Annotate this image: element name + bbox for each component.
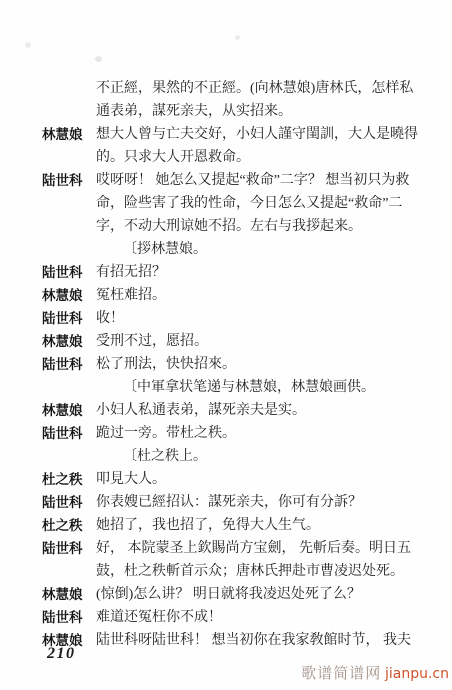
dialogue-text: 小妇人私通表弟，謀死亲夫是实。 xyxy=(96,399,434,422)
speaker-name: 陆世科 xyxy=(42,422,96,445)
dialogue-text: 你表嫂已經招认：謀死亲夫，你可有分訴？ xyxy=(96,491,434,514)
page-number: 210 xyxy=(47,645,76,663)
speaker-name xyxy=(42,238,96,261)
speaker-name: 林慧娘 xyxy=(42,123,96,146)
script-line: 的。只求大人开恩救命。 xyxy=(42,146,434,169)
speaker-name xyxy=(42,376,96,399)
dialogue-text: 〔中軍拿状笔递与林慧娘，林慧娘画供。 xyxy=(96,376,434,399)
dialogue-text: 叩見大人。 xyxy=(96,468,434,491)
speaker-name: 陆世科 xyxy=(42,606,96,629)
speaker-name: 陆世科 xyxy=(42,261,96,284)
dialogue-text: 命，险些害了我的性命，今日怎么又提起“救命”二 xyxy=(96,192,434,215)
dialogue-text: 字，不动大刑谅她不招。左右与我拶起来。 xyxy=(96,215,434,238)
scan-artifact xyxy=(95,56,102,62)
watermark-site-name: 歌谱简谱网 xyxy=(301,666,381,682)
watermark: 歌谱简谱网 jianpu.cn xyxy=(301,662,449,683)
speaker-name xyxy=(42,560,96,583)
script-line: 林慧娘 (惊倒)怎么讲？ 明日就将我凌迟处死了么？ xyxy=(42,583,434,606)
dialogue-text: 想大人曾与亡夫交好，小妇人謹守閨訓，大人是曉得 xyxy=(96,123,434,146)
dialogue-text: 的。只求大人开恩救命。 xyxy=(96,146,434,169)
watermark-site-url: jianpu.cn xyxy=(385,666,449,682)
dialogue-text: 〔杜之秩上。 xyxy=(96,445,434,468)
script-line: 杜之秩 叩見大人。 xyxy=(42,468,434,491)
script-line: 通表弟，謀死亲夫，从实招来。 xyxy=(42,100,434,123)
script-line: 陆世科 收！ xyxy=(42,307,434,330)
speaker-name xyxy=(42,146,96,169)
script-line: 陆世科 哎呀呀！ 她怎么又提起“救命”二字？ 想当初只为救 xyxy=(42,169,434,192)
speaker-name: 陆世科 xyxy=(42,491,96,514)
script-line: 陆世科 难道还冤枉你不成！ xyxy=(42,606,434,629)
scan-artifact xyxy=(235,35,240,40)
script-line: 林慧娘 想大人曾与亡夫交好，小妇人謹守閨訓，大人是曉得 xyxy=(42,123,434,146)
dialogue-text: 鼓，杜之秩斬首示众；唐林氏押赴市曹凌迟处死。 xyxy=(96,560,434,583)
script-line: 林慧娘 陆世科呀陆世科！ 想当初你在我家敎館时节， 我夫 xyxy=(42,629,434,652)
dialogue-text: 不正經，果然的不正經。(向林慧娘)唐林氏，怎样私 xyxy=(96,77,434,100)
script-line: 〔中軍拿状笔递与林慧娘，林慧娘画供。 xyxy=(42,376,434,399)
script-line: 林慧娘 受刑不过，愿招。 xyxy=(42,330,434,353)
script-line: 命，险些害了我的性命，今日怎么又提起“救命”二 xyxy=(42,192,434,215)
speaker-name xyxy=(42,77,96,100)
dialogue-text: (惊倒)怎么讲？ 明日就将我凌迟处死了么？ xyxy=(96,583,434,606)
script-line: 字，不动大刑谅她不招。左右与我拶起来。 xyxy=(42,215,434,238)
speaker-name xyxy=(42,100,96,123)
dialogue-text: 哎呀呀！ 她怎么又提起“救命”二字？ 想当初只为救 xyxy=(96,169,434,192)
dialogue-text: 她招了，我也招了，免得大人生气。 xyxy=(96,514,434,537)
dialogue-text: 难道还冤枉你不成！ xyxy=(96,606,434,629)
speaker-name: 杜之秩 xyxy=(42,514,96,537)
script-line: 陆世科 松了刑法，快快招來。 xyxy=(42,353,434,376)
dialogue-text: 冤枉难招。 xyxy=(96,284,434,307)
script-line: 不正經，果然的不正經。(向林慧娘)唐林氏，怎样私 xyxy=(42,77,434,100)
script-line: 鼓，杜之秩斬首示众；唐林氏押赴市曹凌迟处死。 xyxy=(42,560,434,583)
speaker-name xyxy=(42,215,96,238)
script-line: 陆世科 你表嫂已經招认：謀死亲夫，你可有分訴？ xyxy=(42,491,434,514)
dialogue-text: 〔拶林慧娘。 xyxy=(96,238,434,261)
speaker-name: 杜之秩 xyxy=(42,468,96,491)
speaker-name xyxy=(42,192,96,215)
script-line: 〔拶林慧娘。 xyxy=(42,238,434,261)
dialogue-text: 收！ xyxy=(96,307,434,330)
dialogue-text: 有招无招？ xyxy=(96,261,434,284)
script-line: 陆世科 好， 本院蒙圣上欽賜尚方宝劍， 先斬后奏。明日五 xyxy=(42,537,434,560)
script-line: 林慧娘 小妇人私通表弟，謀死亲夫是实。 xyxy=(42,399,434,422)
script-line: 陆世科 有招无招？ xyxy=(42,261,434,284)
script-line: 陆世科 跪过一旁。带杜之秩。 xyxy=(42,422,434,445)
speaker-name: 林慧娘 xyxy=(42,583,96,606)
script-line: 〔杜之秩上。 xyxy=(42,445,434,468)
dialogue-text: 受刑不过，愿招。 xyxy=(96,330,434,353)
dialogue-text: 跪过一旁。带杜之秩。 xyxy=(96,422,434,445)
speaker-name: 陆世科 xyxy=(42,537,96,560)
speaker-name: 林慧娘 xyxy=(42,284,96,307)
dialogue-text: 通表弟，謀死亲夫，从实招来。 xyxy=(96,100,434,123)
script-line: 林慧娘 冤枉难招。 xyxy=(42,284,434,307)
dialogue-text: 松了刑法，快快招來。 xyxy=(96,353,434,376)
speaker-name xyxy=(42,445,96,468)
scan-artifact xyxy=(25,42,31,48)
book-page: 不正經，果然的不正經。(向林慧娘)唐林氏，怎样私 通表弟，謀死亲夫，从实招来。 … xyxy=(0,0,452,690)
speaker-name: 林慧娘 xyxy=(42,330,96,353)
script-line: 杜之秩 她招了，我也招了，免得大人生气。 xyxy=(42,514,434,537)
dialogue-text: 好， 本院蒙圣上欽賜尚方宝劍， 先斬后奏。明日五 xyxy=(96,537,434,560)
speaker-name: 陆世科 xyxy=(42,307,96,330)
speaker-name: 林慧娘 xyxy=(42,399,96,422)
script-body: 不正經，果然的不正經。(向林慧娘)唐林氏，怎样私 通表弟，謀死亲夫，从实招来。 … xyxy=(42,77,434,652)
speaker-name: 陆世科 xyxy=(42,169,96,192)
dialogue-text: 陆世科呀陆世科！ 想当初你在我家敎館时节， 我夫 xyxy=(96,629,434,652)
speaker-name: 陆世科 xyxy=(42,353,96,376)
